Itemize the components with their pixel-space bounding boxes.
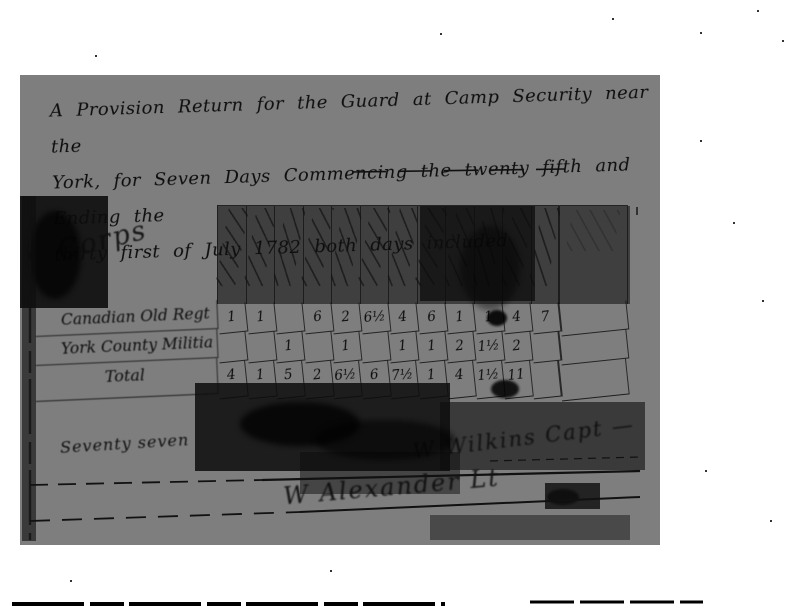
table-cell-value: 1	[245, 361, 277, 400]
table-cell-value: 4	[444, 361, 476, 400]
table-cell-value	[359, 332, 390, 364]
provision-table: CorpsCanadian Old Regt11626½461147York C…	[35, 205, 628, 398]
illegible-scrawl	[300, 208, 334, 286]
table-header-cell	[247, 205, 276, 304]
table-cell-value: 1	[217, 303, 248, 335]
table-cell-value: 1	[331, 332, 362, 364]
table-cell-value	[217, 332, 248, 364]
illegible-scrawl	[215, 208, 249, 286]
illegible-scrawl	[357, 208, 391, 286]
ration-total-text: Seventy seven	[60, 430, 190, 457]
table-cell-value: 7	[530, 303, 561, 335]
table-cell-value: 6½	[330, 361, 362, 400]
table-header-cell	[560, 205, 628, 304]
table-cell-value: 1	[473, 303, 504, 335]
table-cell-value: 11	[501, 361, 533, 400]
table-cell-value: 4	[216, 361, 248, 400]
table-cell-value	[558, 359, 629, 402]
table-header-cell	[218, 205, 247, 304]
table-header-cell	[532, 205, 561, 304]
table-cell-value	[530, 332, 561, 364]
table-corner-cell: Corps	[35, 205, 218, 304]
table-cell-value: 2	[445, 332, 476, 364]
table-cell-value: 2	[502, 332, 533, 364]
signature-captain: W Wilkins Capt —	[411, 412, 636, 463]
illegible-scrawl	[528, 208, 561, 286]
illegible-scrawl	[443, 208, 477, 286]
table-cell-value: 2	[302, 361, 334, 400]
table-cell-value: 1	[416, 332, 447, 364]
table-cell-value	[530, 361, 562, 400]
table-cell-value: 5	[273, 361, 305, 400]
table-cell-value	[245, 332, 276, 364]
illegible-scrawl	[329, 208, 363, 286]
table-header-cell	[304, 205, 333, 304]
table-header-cell	[275, 205, 304, 304]
table-cell-value: 4	[388, 303, 419, 335]
illegible-scrawl	[500, 208, 534, 286]
illegible-scrawl	[243, 208, 277, 286]
illegible-scrawl	[566, 210, 621, 251]
table-cell-value: 1½	[473, 332, 504, 364]
table-header-cell	[389, 205, 418, 304]
table-cell-value: 4	[502, 303, 533, 335]
illegible-scrawl	[386, 208, 420, 286]
table-header-cell	[503, 205, 532, 304]
table-cell-value: 6	[302, 303, 333, 335]
table-cell-value: 6½	[359, 303, 390, 335]
table-cell-value	[302, 332, 333, 364]
table-header-cell	[418, 205, 447, 304]
table-header-cell	[361, 205, 390, 304]
illegible-scrawl	[471, 208, 505, 286]
table-cell-value: 6	[416, 303, 447, 335]
signature-lieutenant: W Alexander Lt	[282, 464, 501, 511]
illegible-scrawl	[272, 208, 306, 286]
table-cell-value: 1	[388, 332, 419, 364]
scanned-provision-return: A Provision Return for the Guard at Camp…	[0, 0, 792, 612]
corps-column-label: Corps	[55, 214, 151, 266]
table-header-cell	[446, 205, 475, 304]
table-cell-value: 1	[274, 332, 305, 364]
table-cell-value: 7½	[387, 361, 419, 400]
table-cell-value: 1	[416, 361, 448, 400]
table-cell-value	[274, 303, 305, 335]
table-header-cell	[475, 205, 504, 304]
table-cell-value: 1	[245, 303, 276, 335]
row-label: Total	[34, 358, 218, 402]
table-header-cell	[332, 205, 361, 304]
table-cell-value: 1½	[473, 361, 505, 400]
table-cell-value: 1	[445, 303, 476, 335]
table-cell-value: 6	[359, 361, 391, 400]
illegible-scrawl	[414, 208, 448, 286]
table-cell-value: 2	[331, 303, 362, 335]
